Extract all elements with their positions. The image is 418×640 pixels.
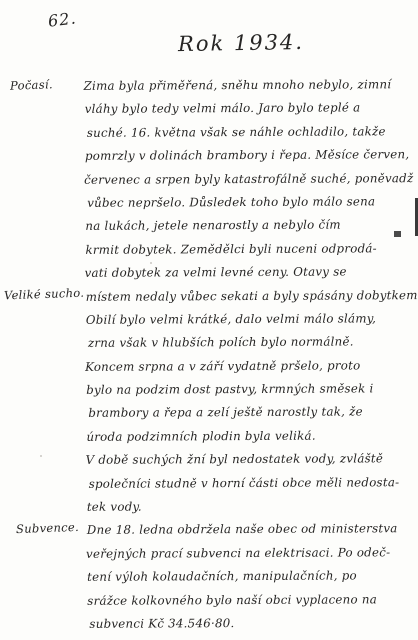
handwritten-line: společníci studně v horní části obce měl… — [89, 471, 417, 496]
handwritten-line: pomrzly v dolinách brambory i řepa. Měsí… — [85, 143, 415, 168]
margin-label-weather: Počasí. — [10, 77, 53, 92]
handwritten-line: suché. 16. května však se náhle ochladil… — [87, 120, 415, 145]
page-title: Rok 1934. — [178, 30, 304, 56]
handwritten-line: na lukách, jetele nenarostly a nebylo čí… — [85, 213, 415, 238]
margin-label-great-drought: Veliké sucho. — [4, 286, 85, 303]
handwritten-line: zrna však v hlubších polích bylo normáln… — [88, 330, 416, 355]
handwritten-line: Zima byla přiměřená, sněhu mnoho nebylo,… — [84, 73, 415, 98]
handwritten-line: srážce kolkovného bylo naší obci vyplace… — [87, 588, 417, 613]
handwritten-line: vůbec nepršelo. Důsledek toho bylo málo … — [87, 190, 415, 215]
handwritten-line: subvenci Kč 34.546·80. — [89, 611, 417, 636]
handwritten-line: tení výloh kolaudačních, manipulačních, … — [87, 564, 417, 589]
handwritten-line: místem nedaly vůbec sekati a byly spásán… — [86, 284, 416, 309]
handwritten-line: veřejných prací subvenci na elektrisaci.… — [86, 541, 417, 566]
handwritten-line: V době suchých žní byl nedostatek vody, … — [85, 447, 416, 472]
chronicle-page: 62. Rok 1934. Počasí. Veliké sucho. Subv… — [0, 0, 418, 640]
handwritten-line: Obilí bylo velmi krátké, dalo velmi málo… — [86, 307, 416, 332]
handwritten-line: tek vody. — [87, 494, 417, 519]
page-number: 62. — [47, 8, 78, 30]
handwritten-line: bylo na podzim dost pastvy, krmných směs… — [86, 377, 416, 402]
handwritten-line: vati dobytek za velmi levné ceny. Otavy … — [85, 260, 416, 285]
paper-speck — [40, 455, 42, 457]
handwritten-body: Zima byla přiměřená, sněhu mnoho nebylo,… — [85, 73, 418, 636]
margin-label-subsidy: Subvence. — [16, 520, 79, 536]
handwritten-line: úroda podzimních plodin byla veliká. — [86, 424, 416, 449]
handwritten-line: Koncem srpna a v září vydatně pršelo, pr… — [85, 354, 416, 379]
handwritten-line: krmit dobytek. Zemědělci byli nuceni odp… — [85, 237, 415, 262]
handwritten-line: Dne 18. ledna obdržela naše obec od mini… — [87, 518, 417, 543]
handwritten-line: červenec a srpen byly katastrofálně such… — [84, 167, 415, 192]
paper-speck — [150, 262, 152, 264]
paper-speck — [228, 600, 230, 602]
handwritten-line: brambory a řepa a zelí ještě narostly ta… — [88, 401, 416, 426]
handwritten-line: vláhy bylo tedy velmi málo. Jaro bylo te… — [85, 97, 415, 122]
scan-spot-artifact — [394, 231, 401, 237]
